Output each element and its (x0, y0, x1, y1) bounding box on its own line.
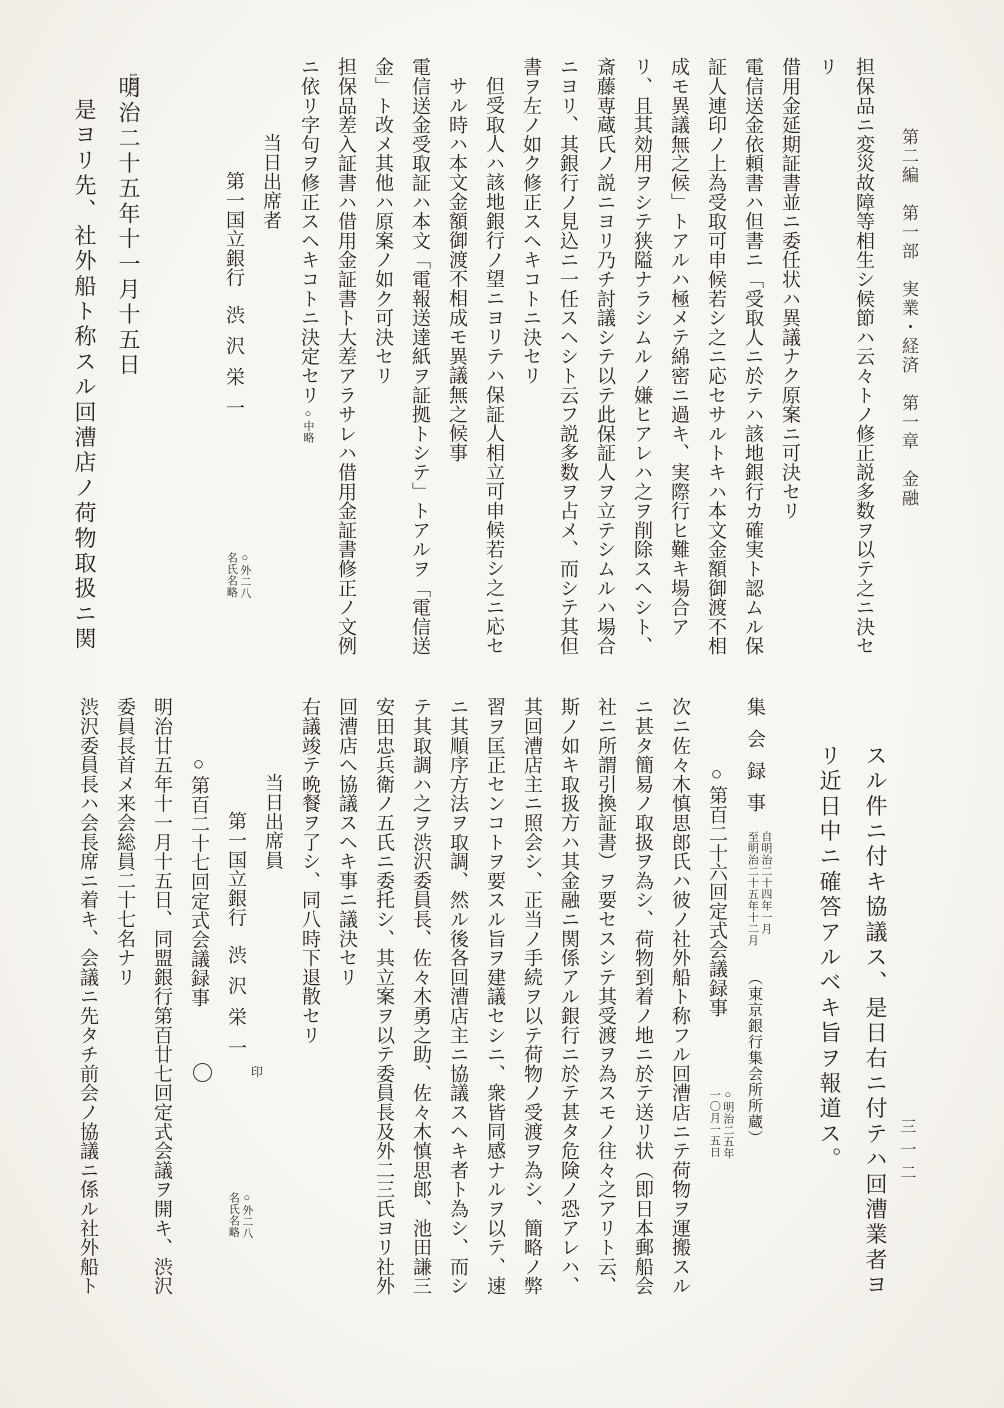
excerpt-line: 渋沢委員長ハ会長席ニ着キ、会議ニ先タチ前会ノ協議ニ係ル社外船ト (69, 697, 106, 1306)
date-heading: 明治二十五年十一月十五日 (106, 76, 150, 676)
bottom-excerpt-block: 集会録事自明治二十四年一月至明治二十五年十二月（東京銀行集会所所蔵） ○第百二十… (70, 697, 773, 1306)
seal-stamp: 印 (193, 1063, 212, 1082)
book-page-scan: 第二編 第一部 実業・経済 第一章 金融 三一二 1892 担保品ニ変災故障等相… (0, 0, 1004, 1408)
excerpt-line: 電信送金依頼書ハ但書ニ「受取人ニ於テハ該地銀行カ確実ト認ムル保 (734, 57, 771, 674)
excerpt-line: 斎藤専蔵氏ノ説ニヨリ乃チ討議シテ以テ此保証人ヲ立テシムルハ場合 (586, 57, 623, 674)
page-number: 三一二 (895, 1118, 918, 1187)
excerpt-line: 金」ト改メ其他ハ原案ノ如ク可決セリ (364, 57, 401, 674)
excerpt-line: ニヨリ、其銀行ノ見込ニ一任スヘシト云フ説多数ヲ占メ、而シテ其但 (549, 57, 586, 674)
excerpt-line: 担保品ニ変災故障等相生シ候節ハ云々トノ修正説多数ヲ以テ之ニ決セ (845, 57, 882, 674)
excerpt-line: 証人連印ノ上為受取可申候若シ之ニ応セサルトキハ本文金額御渡不相 (697, 57, 734, 674)
names-omitted-note: ○外二八名氏名略 (224, 438, 251, 599)
excerpt-line: ニ甚タ簡易ノ取扱ヲ為シ、荷物到着ノ地ニ於テ送リ状（即日本郵船会 (624, 697, 661, 1306)
excerpt-line: 電信送金受取証ハ本文「電報送達紙ヲ証拠トシテ」トアルヲ「電信送 (401, 57, 438, 674)
warichu-right: 自明治二十四年一月 (758, 831, 772, 946)
bank-name: 第一国立銀行 (225, 811, 246, 927)
excerpt-line: テ其取調ハ之ヲ渋沢委員長、佐々木勇之助、佐々木慎思郎、池田謙三 (402, 697, 439, 1306)
signature-line: 第一国立銀行渋沢栄一○外二八名氏名略 (217, 697, 254, 1306)
meeting-heading-text: ○第百二十七回定式会議録事 (188, 754, 209, 1007)
excerpt-line: 成モ異議無之候」トアルハ極メテ綿密ニ過キ、実際行ヒ難キ場合ア (660, 57, 697, 674)
document-title: 集会録事 (744, 697, 765, 825)
warichu-right: ○外二八 (237, 438, 251, 599)
excerpt-line: リ、且其効用ヲシテ狭隘ナラシムルノ嫌ヒアレハ之ヲ削除スヘシト、 (623, 57, 660, 674)
excerpt-line: ニ其順序方法ヲ取調、然ル後各回漕店主ニ協議スヘキ者ト為シ、而シ (439, 697, 476, 1306)
excerpt-line: 書ヲ左ノ如ク修正スヘキコトニ決セリ (512, 57, 549, 674)
top-excerpt-block: 担保品ニ変災故障等相生シ候節ハ云々トノ修正説多数ヲ以テ之ニ決セ リ 借用金延期証… (216, 57, 882, 674)
excerpt-line: リ (808, 57, 845, 674)
names-omitted-note: ○外二八名氏名略 (226, 1078, 253, 1239)
bank-name: 第一国立銀行 (223, 171, 244, 287)
source-note: （東京銀行集会所所蔵） (746, 970, 762, 1146)
excerpt-line-with-note: ニ依リ字句ヲ修正スヘキコトニ決定セリ○中略 (289, 57, 327, 674)
warichu-right: ○外二八 (239, 1078, 253, 1239)
document-title-column: 集会録事自明治二十四年一月至明治二十五年十二月（東京銀行集会所所蔵） (735, 697, 773, 1306)
meeting-heading: ○第百二十七回定式会議録事印 (180, 697, 217, 1306)
signature-line: 第一国立銀行渋沢栄一○外二八名氏名略 (215, 57, 252, 674)
excerpt-line: 委員長首メ来会総員二十七名ナリ (106, 697, 143, 1306)
top-main-text: 明治二十五年十一月十五日 是ヨリ先、社外船ト称スル回漕店ノ荷物取扱ニ関 (60, 76, 150, 676)
warichu-left: 名氏名略 (224, 438, 238, 599)
meeting-heading: ○第百二十六回定式会議録事○明治二五年一〇月一五日 (698, 697, 735, 1306)
main-text-line: 是ヨリ先、社外船ト称スル回漕店ノ荷物取扱ニ関 (62, 76, 106, 676)
bottom-main-text: スル件ニ付キ協議ス、是日右ニ付テハ回漕業者ヨ リ近日中ニ確答アルベキ旨ヲ報道ス。 (806, 744, 898, 1330)
attendees-heading: 当日出席員 (254, 697, 291, 1306)
excerpt-line: 担保品差入証書ハ借用金証書ト大差アラサレハ借用金証書修正ノ文例 (327, 57, 364, 674)
warichu-left: 一〇月一五日 (707, 1022, 721, 1159)
excerpt-line: 明治廿五年十一月十五日、同盟銀行第百廿七回定式会議ヲ開キ、渋沢 (143, 697, 180, 1306)
excerpt-line: 右議竣テ晩餐ヲ了シ、同八時下退散セリ (291, 697, 328, 1306)
excerpt-line: 斯ノ如キ取扱方ハ其金融ニ関係アル銀行ニ於テ甚タ危険ノ恐アレハ、 (550, 697, 587, 1306)
warichu-left: 名氏名略 (226, 1078, 240, 1239)
excerpt-line: 習ヲ匡正センコトヲ要スル旨ヲ建議セシニ、衆皆同感ナルヲ以テ、速 (476, 697, 513, 1306)
attendees-heading: 当日出席者 (252, 57, 289, 674)
excerpt-line: 回漕店へ協議スヘキ事ニ議決セリ (328, 697, 365, 1306)
running-header: 第二編 第一部 実業・経済 第一章 金融 (896, 128, 921, 508)
date-range-note: 自明治二十四年一月至明治二十五年十二月 (745, 831, 772, 946)
warichu-right: ○明治二五年 (720, 1022, 734, 1159)
meeting-date-note: ○明治二五年一〇月一五日 (707, 1022, 734, 1159)
main-text-line: リ近日中ニ確答アルベキ旨ヲ報道ス。 (806, 744, 852, 1330)
excerpt-line: 次ニ佐々木慎思郎氏ハ彼ノ社外船ト称フル回漕店ニテ荷物ヲ運搬スル (661, 697, 698, 1306)
excerpt-line-quoted-clause: 但受取人ハ該地銀行ノ望ニヨリテハ保証人相立可申候若シ之ニ応セ (475, 57, 512, 674)
excerpt-line: 其回漕店主ニ照会シ、正当ノ手続ヲ以テ荷物ノ受渡ヲ為シ、簡略ノ弊 (513, 697, 550, 1306)
excerpt-line-text: ニ依リ字句ヲ修正スヘキコトニ決定セリ (298, 57, 319, 404)
warichu-left: 至明治二十五年十二月 (745, 831, 759, 946)
shibusawa-name: 渋沢栄一 (223, 305, 244, 429)
excerpt-line: 借用金延期証書並ニ委任状ハ異議ナク原案ニ可決セリ (771, 57, 808, 674)
main-text-line: スル件ニ付キ協議ス、是日右ニ付テハ回漕業者ヨ (852, 744, 898, 1330)
omission-note: ○中略 (302, 408, 314, 444)
meeting-heading-text: ○第百二十六回定式会議録事 (706, 764, 727, 1017)
shibusawa-name: 渋沢栄一 (225, 945, 246, 1069)
excerpt-line-quoted-clause: サル時ハ本文金額御渡不相成モ異議無之候事 (438, 57, 475, 674)
excerpt-line: 安田忠兵衛ノ五氏ニ委托シ、其立案ヲ以テ委員長及外二三氏ヨリ社外 (365, 697, 402, 1306)
excerpt-line: 社ニ所謂引換証書）ヲ要セスシテ其受渡ヲ為スモノ往々之アリト云、 (587, 697, 624, 1306)
